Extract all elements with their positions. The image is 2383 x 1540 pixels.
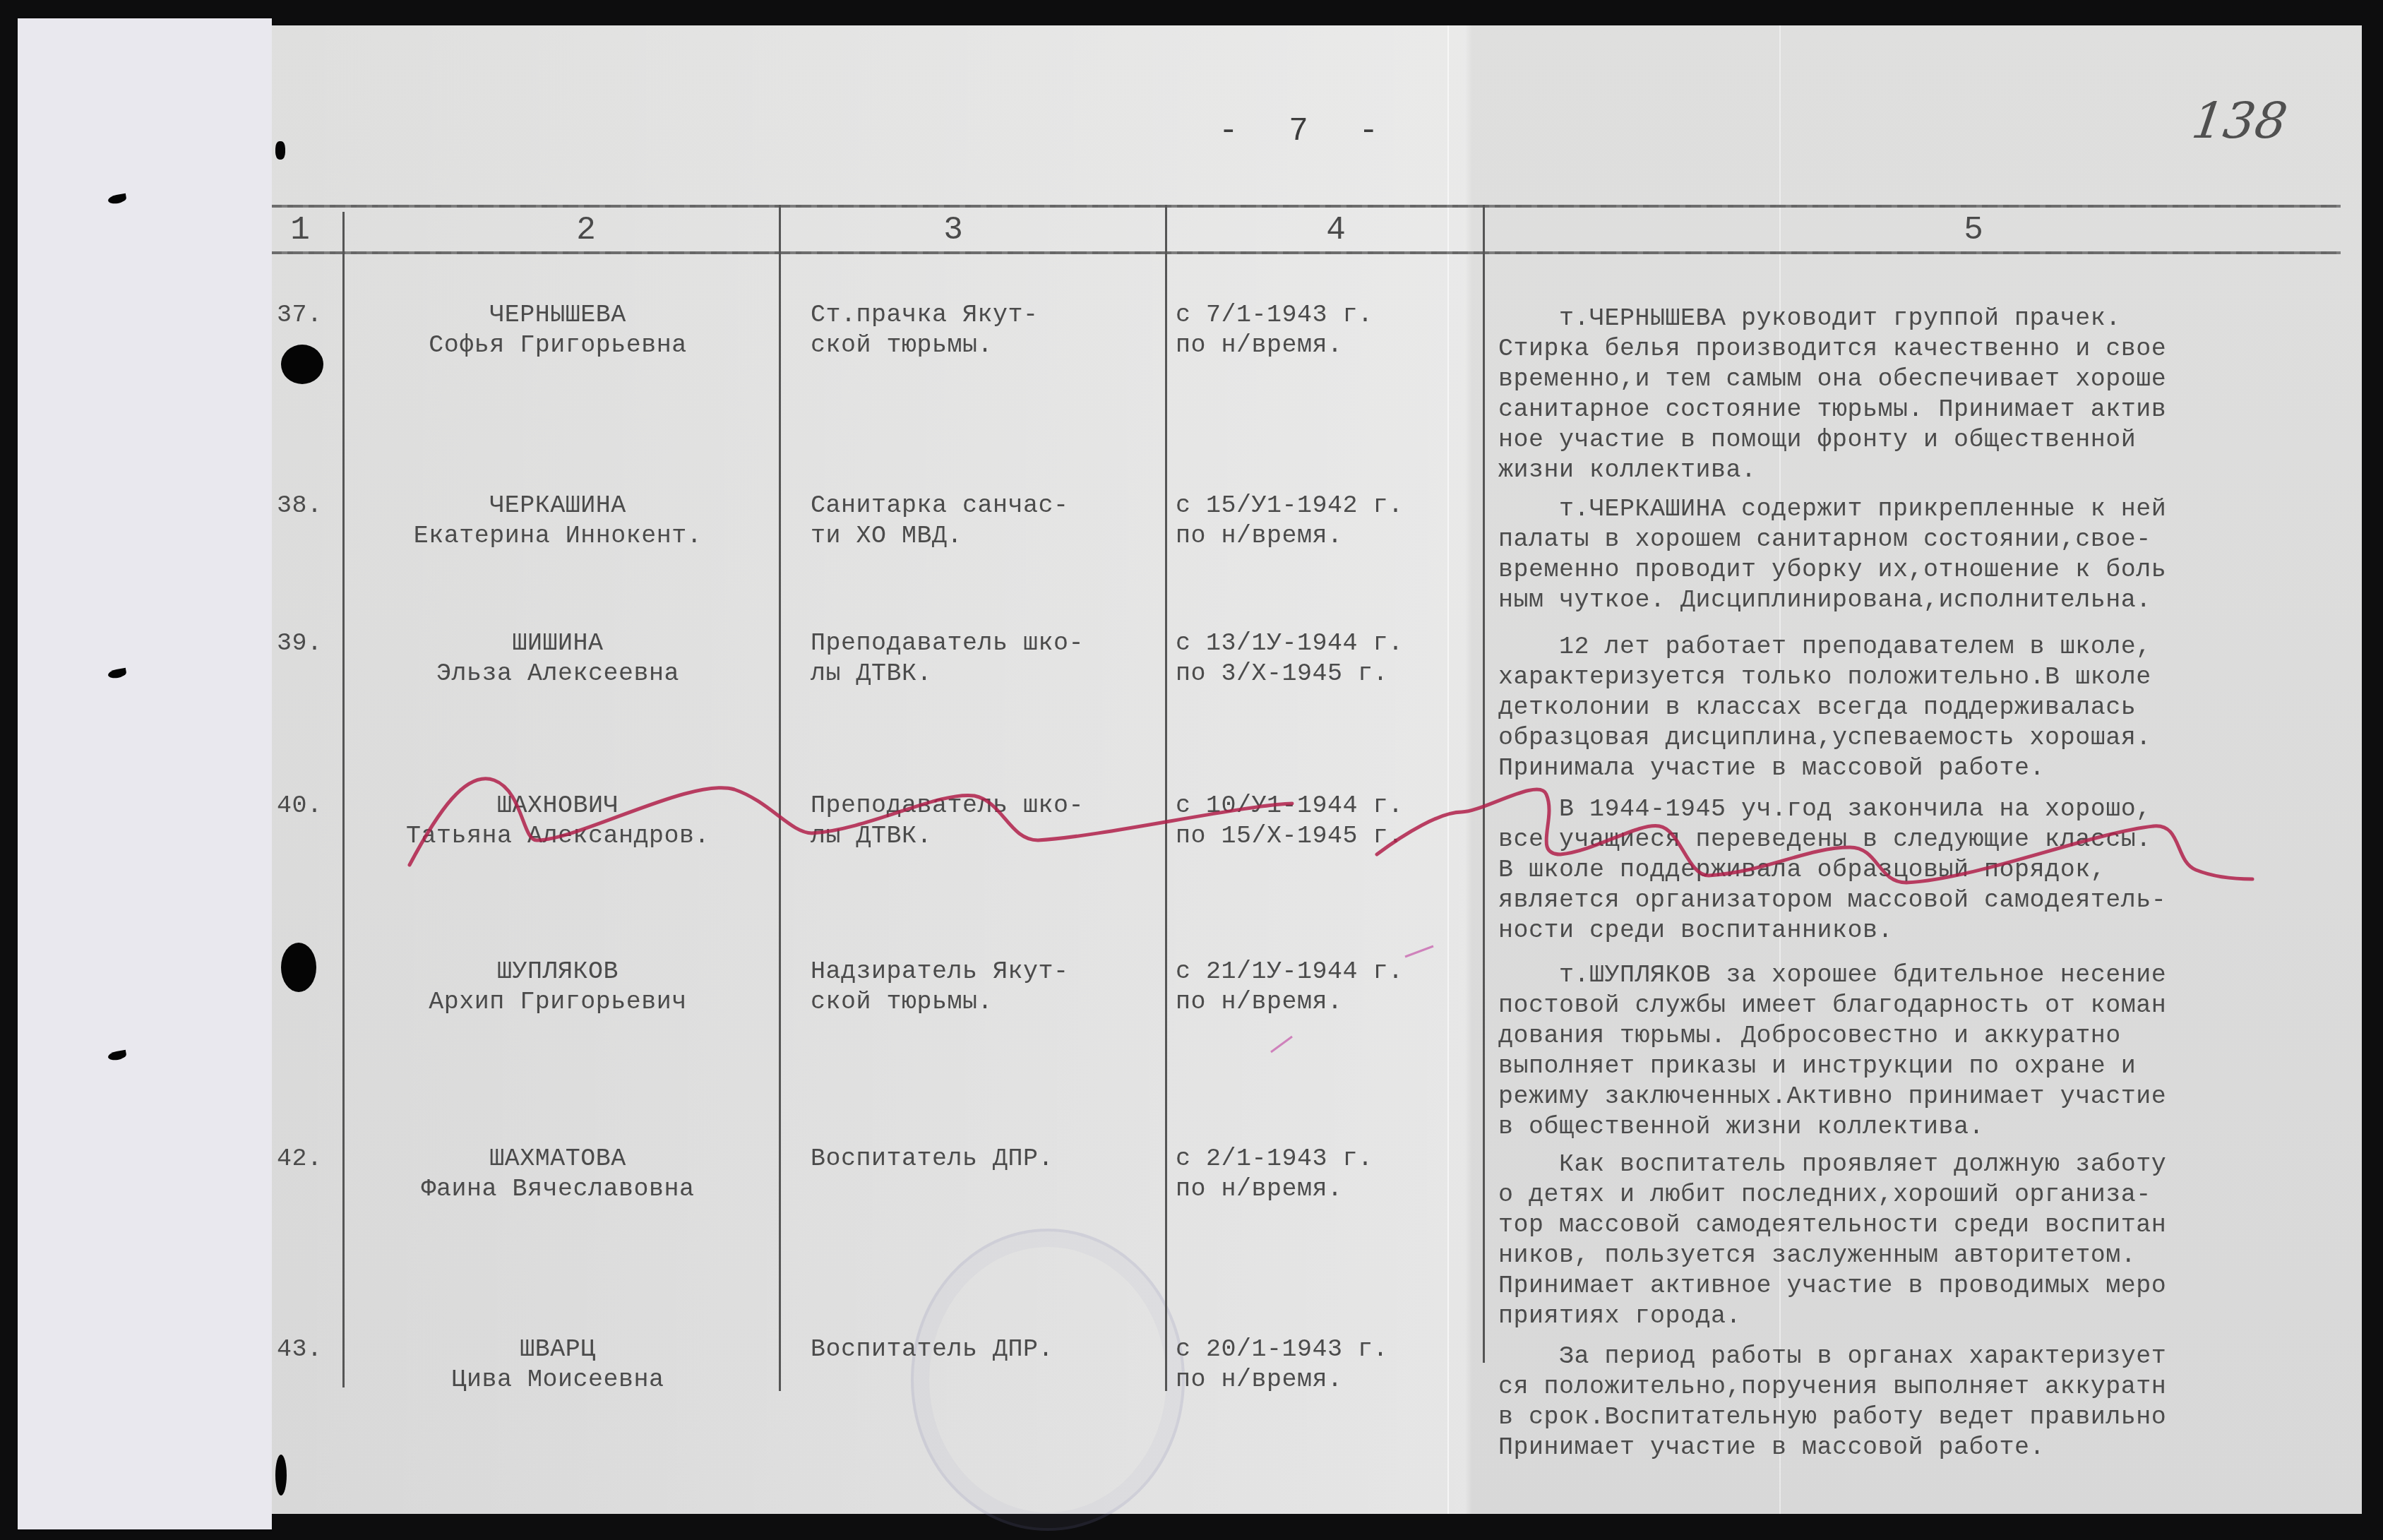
position-line: ской тюрьмы. (811, 987, 1157, 1017)
position-line: Воспитатель ДПР. (811, 1335, 1157, 1365)
characteristic-line: дования тюрьмы. Добросовестно и аккуратн… (1498, 1021, 2346, 1051)
row-number: 38. (277, 491, 333, 521)
page-number: - 7 - (1186, 113, 1426, 150)
period-line: с 15/У1-1942 г. (1176, 491, 1479, 521)
column-header-3: 3 (918, 212, 989, 249)
characteristic-line: ности среди воспитанников. (1498, 916, 2346, 946)
characteristic-line: режиму заключенных.Активно принимает уча… (1498, 1082, 2346, 1112)
characteristic-line: в срок.Воспитательную работу ведет прави… (1498, 1402, 2346, 1433)
given-names: Фаина Вячеславовна (346, 1174, 770, 1205)
characteristic-line: все учащиеся переведены в следующие клас… (1498, 825, 2346, 855)
period-line: по н/время. (1176, 330, 1479, 361)
column-divider (342, 212, 345, 1387)
position-line: Надзиратель Якут- (811, 957, 1157, 987)
surname: ШИШИНА (346, 628, 770, 659)
characteristic-line: характеризуется только положительно.В шк… (1498, 662, 2346, 693)
column-divider (779, 205, 781, 1391)
characteristic-line: Стирка белья производится качественно и … (1498, 334, 2346, 364)
characteristic-line: В школе поддерживала образцовый порядок, (1498, 855, 2346, 885)
row-number: 37. (277, 300, 333, 330)
punch-hole (275, 141, 285, 160)
characteristic-line: Принимала участие в массовой работе. (1498, 753, 2346, 784)
characteristic-line: ным чуткое. Дисциплинирована,исполнитель… (1498, 585, 2346, 616)
characteristic-line: Как воспитатель проявляет должную заботу (1498, 1150, 2346, 1180)
characteristic-line: ников, пользуется заслуженным авторитето… (1498, 1241, 2346, 1271)
punch-hole (107, 668, 127, 679)
period-line: по 3/Х-1945 г. (1176, 659, 1479, 689)
paper-fold (1447, 25, 1449, 1514)
row-number: 42. (277, 1144, 333, 1174)
period-line: по н/время. (1176, 521, 1479, 551)
handwritten-folio-number: 138 (2188, 92, 2291, 150)
characteristic-line: ся положительно,поручения выполняет акку… (1498, 1372, 2346, 1402)
characteristic-line: временно,и тем самым она обеспечивает хо… (1498, 364, 2346, 395)
position-line: Преподаватель шко- (811, 791, 1157, 821)
period-line: с 10/У1-1944 г. (1176, 791, 1479, 821)
punch-hole (107, 193, 127, 205)
characteristic-line: т.ЧЕРКАШИНА содержит прикрепленные к ней (1498, 494, 2346, 525)
characteristic-line: т.ЧЕРНЫШЕВА руководит группой прачек. (1498, 304, 2346, 334)
row-number: 41. (277, 957, 333, 987)
surname: ЧЕРКАШИНА (346, 491, 770, 521)
faded-stamp (911, 1229, 1185, 1531)
characteristic-line: За период работы в органах характеризует (1498, 1342, 2346, 1372)
characteristic-line: образцовая дисциплина,успеваемость хорош… (1498, 723, 2346, 753)
characteristic-line: Принимает активное участие в проводимых … (1498, 1271, 2346, 1301)
period-line: с 7/1-1943 г. (1176, 300, 1479, 330)
characteristic-line: В 1944-1945 уч.год закончила на хорошо, (1498, 794, 2346, 825)
given-names: Эльза Алексеевна (346, 659, 770, 689)
white-overlay-strip (18, 18, 272, 1529)
surname: ШАХНОВИЧ (346, 791, 770, 821)
column-divider (1483, 205, 1485, 1363)
period-line: по н/время. (1176, 1365, 1479, 1395)
given-names: Татьяна Александров. (346, 821, 770, 852)
column-header-1: 1 (279, 212, 321, 249)
period-line: с 20/1-1943 г. (1176, 1335, 1479, 1365)
position-line: ской тюрьмы. (811, 330, 1157, 361)
table-header-rule (272, 251, 2341, 254)
row-number: 39. (277, 628, 333, 659)
position-line: лы ДТВК. (811, 659, 1157, 689)
given-names: Софья Григорьевна (346, 330, 770, 361)
period-line: с 21/1У-1944 г. (1176, 957, 1479, 987)
position-line: Воспитатель ДПР. (811, 1144, 1157, 1174)
punch-hole (281, 345, 323, 384)
position-line: ти ХО МВД. (811, 521, 1157, 551)
position-line: Ст.прачка Якут- (811, 300, 1157, 330)
punch-hole (275, 1455, 287, 1496)
position-line: Преподаватель шко- (811, 628, 1157, 659)
characteristic-line: о детях и любит последних,хороший органи… (1498, 1180, 2346, 1210)
characteristic-line: т.ШУПЛЯКОВ за хорошее бдительное несение (1498, 960, 2346, 991)
column-divider (1165, 205, 1167, 1391)
position-line: лы ДТВК. (811, 821, 1157, 852)
period-line: по н/время. (1176, 987, 1479, 1017)
characteristic-line: в общественной жизни коллектива. (1498, 1112, 2346, 1142)
period-line: по 15/Х-1945 г. (1176, 821, 1479, 852)
characteristic-line: ное участие в помощи фронту и общественн… (1498, 425, 2346, 455)
row-number: 40. (277, 791, 333, 821)
period-line: с 2/1-1943 г. (1176, 1144, 1479, 1174)
given-names: Архип Григорьевич (346, 987, 770, 1017)
period-line: по н/время. (1176, 1174, 1479, 1205)
punch-hole (107, 1050, 127, 1061)
characteristic-line: тор массовой самодеятельности среди восп… (1498, 1210, 2346, 1241)
column-header-5: 5 (1938, 212, 2009, 249)
surname: ШВАРЦ (346, 1335, 770, 1365)
characteristic-line: Принимает участие в массовой работе. (1498, 1433, 2346, 1463)
characteristic-line: 12 лет работает преподавателем в школе, (1498, 632, 2346, 662)
characteristic-line: временно проводит уборку их,отношение к … (1498, 555, 2346, 585)
given-names: Цива Моисеевна (346, 1365, 770, 1395)
characteristic-line: приятиях города. (1498, 1301, 2346, 1332)
surname: ШУПЛЯКОВ (346, 957, 770, 987)
surname: ШАХМАТОВА (346, 1144, 770, 1174)
column-header-4: 4 (1301, 212, 1371, 249)
given-names: Екатерина Иннокент. (346, 521, 770, 551)
characteristic-line: является организатором массовой самодеят… (1498, 885, 2346, 916)
characteristic-line: выполняет приказы и инструкции по охране… (1498, 1051, 2346, 1082)
characteristic-line: жизни коллектива. (1498, 455, 2346, 486)
period-line: с 13/1У-1944 г. (1176, 628, 1479, 659)
row-number: 43. (277, 1335, 333, 1365)
characteristic-line: палаты в хорошем санитарном состоянии,св… (1498, 525, 2346, 555)
characteristic-line: санитарное состояние тюрьмы. Принимает а… (1498, 395, 2346, 425)
table-top-rule (272, 205, 2341, 208)
characteristic-line: постовой службы имеет благодарность от к… (1498, 991, 2346, 1021)
position-line: Санитарка санчас- (811, 491, 1157, 521)
characteristic-line: детколонии в классах всегда поддерживала… (1498, 693, 2346, 723)
surname: ЧЕРНЫШЕВА (346, 300, 770, 330)
column-header-2: 2 (551, 212, 621, 249)
